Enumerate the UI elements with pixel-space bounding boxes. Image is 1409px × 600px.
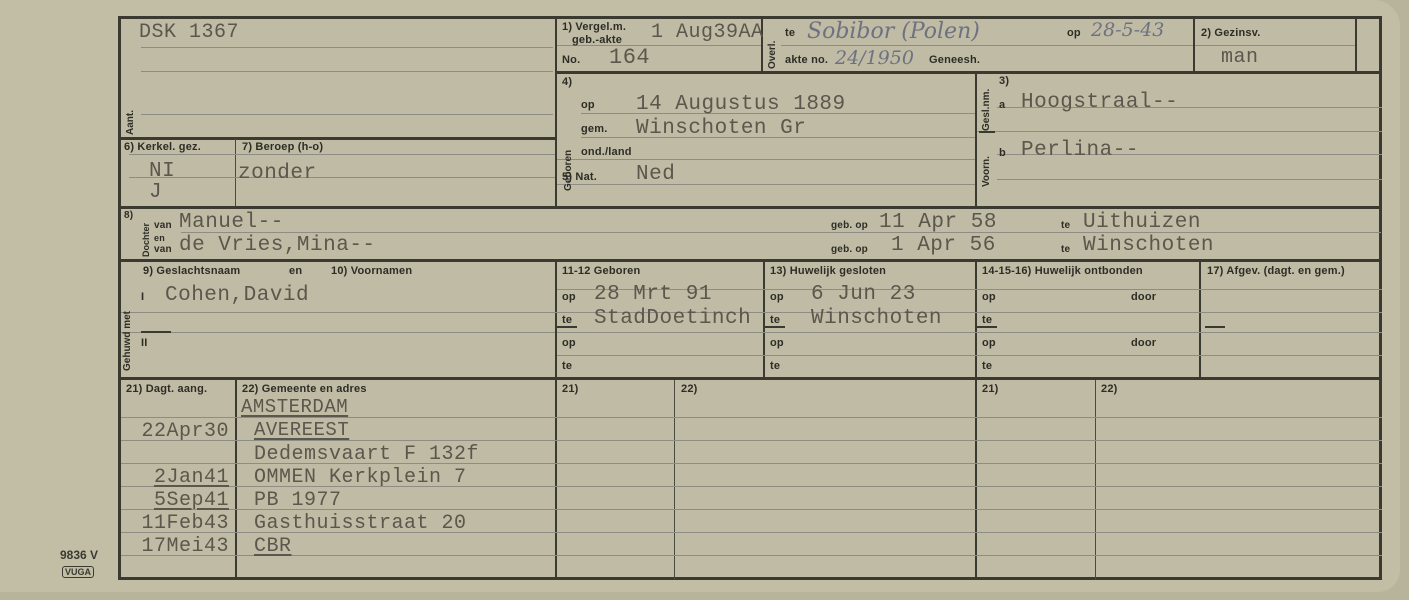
- divider: [121, 259, 1382, 262]
- spouse-born-op2-label: op: [562, 337, 576, 349]
- names-a-label: a: [999, 99, 1005, 111]
- address-date-6: 17Mei43: [141, 535, 229, 558]
- divider: [121, 137, 557, 140]
- overl-label: Overl.: [767, 41, 778, 69]
- marriage-header: 13) Huwelijk gesloten: [770, 265, 886, 277]
- address-row-3: OMMEN Kerkplein 7: [254, 466, 467, 489]
- mother-name: de Vries,Mina--: [179, 234, 376, 257]
- col2-date-header: 21): [562, 383, 579, 395]
- names-number: 3): [999, 75, 1009, 87]
- spouse-born-header: 11-12 Geboren: [562, 265, 640, 277]
- father-geb-label: geb. op: [831, 220, 868, 231]
- gezinsv-label: 2) Gezinsv.: [1201, 27, 1260, 39]
- spouse-born-op-label: op: [562, 291, 576, 303]
- overl-akte-label: akte no.: [785, 54, 828, 66]
- address-header: 22) Gemeente en adres: [242, 383, 367, 395]
- kerkel-label: 6) Kerkel. gez.: [124, 141, 201, 153]
- address-row-6: CBR: [254, 535, 292, 558]
- address-row-2: Dedemsvaart F 132f: [254, 443, 479, 466]
- address-date-5: 11Feb43: [141, 512, 229, 535]
- spouse-header-10: 10) Voornamen: [331, 265, 412, 277]
- dissolved-header: 14-15-16) Huwelijk ontbonden: [982, 265, 1143, 277]
- divider: [555, 19, 557, 207]
- overl-op-label: op: [1067, 27, 1081, 39]
- divider: [235, 380, 237, 580]
- marriage-te2-label: te: [770, 360, 780, 372]
- spouse-1-name: Cohen,David: [165, 284, 309, 307]
- dissolved-te-label: te: [982, 314, 992, 326]
- geboren-gem-label: gem.: [581, 123, 607, 135]
- father-birth-place: Uithuizen: [1083, 211, 1201, 234]
- divider: [1095, 380, 1096, 580]
- father-name: Manuel--: [179, 211, 284, 234]
- dissolved-op-label: op: [982, 291, 996, 303]
- marriage-place: Winschoten: [811, 307, 942, 330]
- address-date-header: 21) Dagt. aang.: [126, 383, 207, 395]
- given-names: Perlina--: [1021, 139, 1139, 162]
- spouse-birth-date: 28 Mrt 91: [594, 283, 712, 306]
- overl-akte-value: 24/1950: [835, 47, 914, 69]
- father-birth-date: 11 Apr 58: [879, 211, 997, 234]
- address-row-1: AVEREEST: [254, 419, 349, 441]
- printer-mark: VUGA: [62, 566, 94, 578]
- mother-birth-date: 1 Apr 56: [891, 234, 996, 257]
- registration-card: DSK 1367 Aant. 1) Vergel.m. geb.-akte 1 …: [118, 16, 1382, 580]
- geboren-ond-label: ond./land: [581, 146, 632, 158]
- spouse-born-te2-label: te: [562, 360, 572, 372]
- geneesh-label: Geneesh.: [929, 54, 980, 66]
- mother-birth-place: Winschoten: [1083, 234, 1214, 257]
- spouse-header-en: en: [289, 265, 302, 277]
- overl-te-label: te: [785, 27, 795, 39]
- divider: [1199, 261, 1201, 379]
- father-te-label: te: [1061, 220, 1070, 231]
- divider: [555, 380, 557, 580]
- address-row-0: AMSTERDAM: [241, 396, 348, 418]
- dissolved-door2-label: door: [1131, 337, 1156, 349]
- birth-place: Winschoten Gr: [636, 117, 806, 140]
- divider: [121, 206, 1382, 209]
- voorn-label: Voorn.: [981, 156, 992, 187]
- divider: [975, 261, 977, 379]
- dochter-label: Dochter: [141, 223, 151, 257]
- address-date-4: 5Sep41: [154, 489, 229, 512]
- van1-label: van: [154, 220, 172, 231]
- spouse-born-te-label: te: [562, 314, 572, 326]
- form-number: 9836 V: [60, 548, 98, 562]
- divider: [975, 72, 977, 207]
- marriage-op-label: op: [770, 291, 784, 303]
- nat-label: 5) Nat.: [562, 171, 597, 183]
- field1-value: 1 Aug39AA: [651, 21, 764, 44]
- divider: [121, 377, 1382, 380]
- marriage-te-label: te: [770, 314, 780, 326]
- geboren-op-label: op: [581, 99, 595, 111]
- dissolved-op2-label: op: [982, 337, 996, 349]
- spouse-birth-place: StadDoetinch: [594, 307, 751, 330]
- divider: [975, 380, 977, 580]
- mother-geb-label: geb. op: [831, 244, 868, 255]
- field1-no-label: No.: [562, 54, 580, 66]
- field1-no-value: 164: [609, 45, 650, 70]
- divider: [555, 71, 1382, 74]
- gehuwd-met-label: Gehuwd met: [122, 311, 133, 371]
- dissolved-te2-label: te: [982, 360, 992, 372]
- en-label: en: [154, 233, 165, 243]
- address-date-1: 22Apr30: [141, 420, 229, 443]
- van2-label: van: [154, 244, 172, 255]
- names-b-label: b: [999, 147, 1006, 159]
- col3-address-header: 22): [1101, 383, 1118, 395]
- address-row-4: PB 1977: [254, 489, 342, 512]
- file-id: DSK 1367: [139, 21, 239, 44]
- overl-place: Sobibor (Polen): [807, 19, 980, 44]
- kerkel-value-2: J: [149, 181, 162, 204]
- spouse-roman-2: II: [141, 337, 148, 349]
- gesl-nm-label: Gesl.nm.: [981, 89, 992, 131]
- surname: Hoogstraal--: [1021, 91, 1178, 114]
- divider: [763, 261, 765, 379]
- aant-label: Aant.: [125, 110, 136, 135]
- geboren-number: 4): [562, 76, 572, 88]
- spouse-roman-1: I: [141, 291, 144, 303]
- gezinsv-value: man: [1221, 46, 1259, 69]
- divider: [235, 139, 236, 207]
- nat-value: Ned: [636, 163, 675, 186]
- overl-date: 28-5-43: [1091, 19, 1164, 41]
- col2-address-header: 22): [681, 383, 698, 395]
- mother-te-label: te: [1061, 244, 1070, 255]
- dissolved-door-label: door: [1131, 291, 1156, 303]
- address-date-3: 2Jan41: [154, 466, 229, 489]
- field1-label: 1) Vergel.m.: [562, 21, 626, 33]
- beroep-value: zonder: [238, 162, 317, 185]
- marriage-date: 6 Jun 23: [811, 283, 916, 306]
- parents-number: 8): [124, 210, 133, 221]
- divider: [555, 261, 557, 379]
- divider: [1355, 19, 1357, 72]
- afgev-header: 17) Afgev. (dagt. en gem.): [1207, 265, 1345, 277]
- divider: [674, 380, 675, 580]
- marriage-op2-label: op: [770, 337, 784, 349]
- birth-date: 14 Augustus 1889: [636, 93, 846, 116]
- address-row-5: Gasthuisstraat 20: [254, 512, 467, 535]
- beroep-label: 7) Beroep (h-o): [242, 141, 323, 153]
- col3-date-header: 21): [982, 383, 999, 395]
- kerkel-value-1: NI: [149, 160, 175, 183]
- spouse-header-9: 9) Geslachtsnaam: [143, 265, 240, 277]
